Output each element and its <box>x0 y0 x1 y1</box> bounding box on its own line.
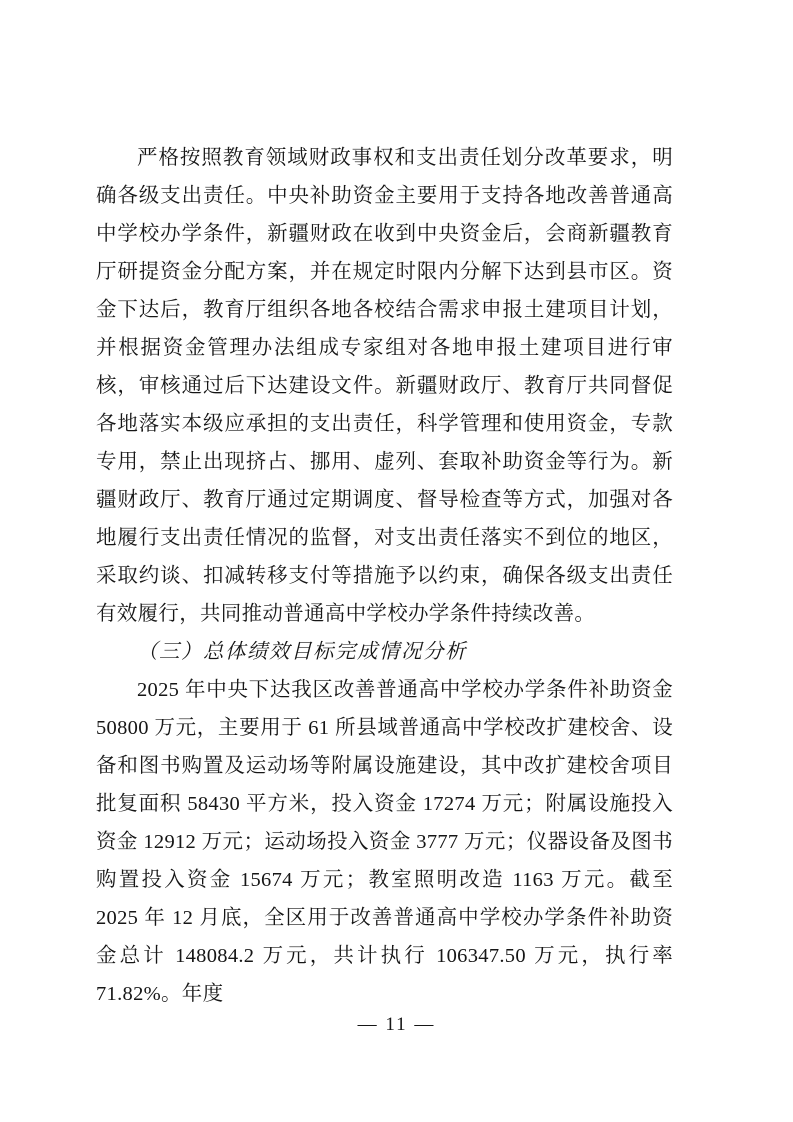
paragraph-performance-analysis: 2025 年中央下达我区改善普通高中学校办学条件补助资金 50800 万元，主要… <box>96 671 673 1013</box>
paragraph-spending-responsibility: 严格按照教育领域财政事权和支出责任划分改革要求，明确各级支出责任。中央补助资金主… <box>96 139 673 633</box>
document-page: 严格按照教育领域财政事权和支出责任划分改革要求，明确各级支出责任。中央补助资金主… <box>0 0 793 1122</box>
document-body: 严格按照教育领域财政事权和支出责任划分改革要求，明确各级支出责任。中央补助资金主… <box>96 139 673 1013</box>
page-number: — 11 — <box>0 1010 793 1040</box>
section-heading-overall-performance-analysis: （三）总体绩效目标完成情况分析 <box>96 633 673 671</box>
